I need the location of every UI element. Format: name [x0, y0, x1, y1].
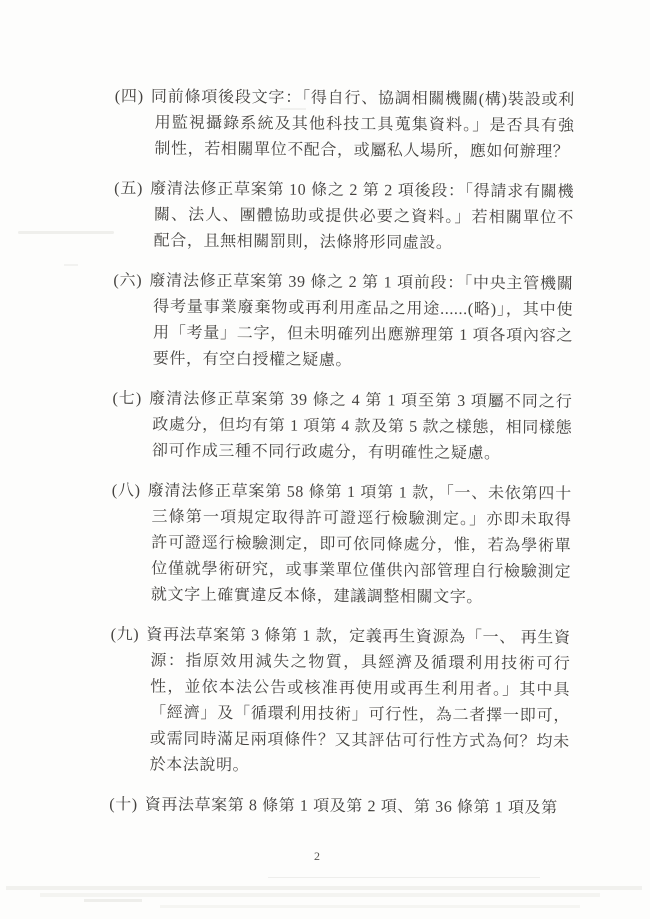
scan-artifact [6, 886, 642, 890]
paragraph-text: 廢清法修正草案第 10 條之 2 第 2 項後段：「得請求有關機關、法人、團體協… [150, 180, 574, 251]
scan-artifact [84, 899, 142, 902]
paragraph-label: (九) [111, 626, 140, 643]
paragraph-text: 資再法草案第 3 條第 1 款，定義再生資源為「一、 再生資源：指原效用減失之物… [146, 626, 570, 774]
scan-artifact [64, 264, 78, 266]
paragraph-label: (七) [112, 390, 141, 407]
scan-artifact [268, 877, 540, 878]
paragraph: (六)廢清法修正草案第 39 條之 2 第 1 項前段：「中央主管機關得考量事業… [113, 268, 574, 376]
paragraph: (十)資再法草案第 8 條第 1 項及第 2 項、第 36 條第 1 項及第 [109, 792, 569, 822]
paragraph-label: (八) [112, 482, 141, 499]
scan-artifact [160, 905, 580, 908]
paragraph-text: 廢清法修正草案第 39 條之 4 第 1 項至第 3 項屬不同之行政處分，但均有… [149, 390, 573, 462]
scanned-document-page: (四)同前條項後段文字：「得自行、協調相關機關(構)裝設或利用監視攝錄系統及其他… [0, 0, 650, 919]
paragraph: (五)廢清法修正草案第 10 條之 2 第 2 項後段：「得請求有關機關、法人、… [114, 176, 575, 258]
paragraph: (七)廢清法修正草案第 39 條之 4 第 1 項至第 3 項屬不同之行政處分，… [112, 386, 573, 468]
paragraph-label: (五) [114, 180, 143, 197]
paragraph: (九)資再法草案第 3 條第 1 款，定義再生資源為「一、 再生資源：指原效用減… [109, 622, 570, 782]
document-body: (四)同前條項後段文字：「得自行、協調相關機關(構)裝設或利用監視攝錄系統及其他… [109, 84, 575, 836]
paragraph-text: 廢清法修正草案第 58 條第 1 項第 1 款，「一、未依第四十三條第一項規定取… [147, 482, 571, 606]
paragraph-label: (六) [113, 272, 142, 289]
paragraph-label: (四) [115, 88, 144, 105]
paragraph-text: 同前條項後段文字：「得自行、協調相關機關(構)裝設或利用監視攝錄系統及其他科技工… [151, 88, 575, 160]
scan-artifact [40, 893, 600, 897]
scan-artifact [18, 231, 114, 234]
paragraph: (四)同前條項後段文字：「得自行、協調相關機關(構)裝設或利用監視攝錄系統及其他… [114, 84, 575, 166]
page-number: 2 [314, 849, 320, 864]
paragraph: (八)廢清法修正草案第 58 條第 1 項第 1 款，「一、未依第四十三條第一項… [111, 478, 572, 612]
paragraph-text: 廢清法修正草案第 39 條之 2 第 1 項前段：「中央主管機關得考量事業廢棄物… [149, 272, 573, 369]
paragraph-text: 資再法草案第 8 條第 1 項及第 2 項、第 36 條第 1 項及第 [145, 796, 558, 816]
paragraph-label: (十) [109, 796, 138, 813]
